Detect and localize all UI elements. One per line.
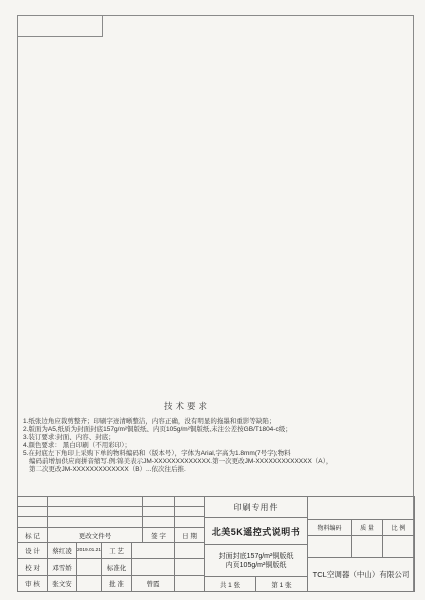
tech-requirements-heading: 技术要求 [164,400,210,412]
audit-name: 张文安 [47,575,77,592]
standardize-label: 标准化 [101,558,132,576]
mass-label: 质 量 [351,519,383,536]
change-doc-label: 更改文件号 [47,527,143,543]
proofread-label: 校 对 [17,558,48,576]
process-sign-cell [131,542,175,559]
tech-req-line: 2.版面为A5,纸质为封面封底157g/m²铜版纸、内页105g/m²铜版纸,未… [23,426,413,434]
date-label: 日 期 [174,527,205,543]
scale-label: 比 例 [382,519,415,536]
standardize-date-cell [174,558,205,576]
tech-requirements-list: 1.纸张边角应裁剪整齐；印刷字迹清晰整洁，内容正确，没有明显的拖墨和重影等缺陷；… [23,418,413,474]
tech-req-line: 第二次更改JM-XXXXXXXXXXXXX（B）...依次往后推. [23,466,413,474]
right-top-empty-cell [307,496,415,520]
standardize-sign-cell [131,558,175,576]
mark-label: 标 记 [17,527,48,543]
company-name: TCL空调器（中山）有限公司 [307,557,415,592]
approve-name: 曾霞 [131,575,175,592]
sheet-number: 第 1 张 [255,576,308,592]
approve-label: 批 准 [101,575,132,592]
sheets-total: 共 1 张 [204,576,256,592]
audit-date [76,575,102,592]
document-title: 北美5K遥控式说明书 [204,517,308,545]
design-date: 2019.01.21 [76,542,102,559]
drawing-sheet-frame: 技术要求 1.纸张边角应裁剪整齐；印刷字迹清晰整洁，内容正确，没有明显的拖墨和重… [17,15,414,592]
tech-req-line: 5.在封底左下角印上采购下单的物料编码和（版本号），字体为Arial,字高为1.… [23,450,413,458]
paper-spec: 封面封底157g/m²铜版纸 内页105g/m²铜版纸 [204,544,308,577]
tech-req-line: 1.纸张边角应裁剪整齐；印刷字迹清晰整洁，内容正确，没有明显的拖墨和重影等缺陷； [23,418,413,426]
process-date-cell [174,542,205,559]
tech-req-line: 4.颜色要求： 黑白印刷（不用彩印）； [23,442,413,450]
sign-label: 签 字 [142,527,175,543]
design-label: 设 计 [17,542,48,559]
material-code-label: 物料编码 [307,519,352,536]
audit-label: 审 核 [17,575,48,592]
scale-value-cell [382,535,415,558]
process-label: 工 艺 [101,542,132,559]
design-name: 蔡红凌 [47,542,77,559]
doc-type: 印刷专用件 [204,496,308,518]
paper-spec-line1: 封面封底157g/m²铜版纸 [219,552,294,561]
tech-req-line: 编码前增加供应商拼音缩写.例:锦美表示JM-XXXXXXXXXXXXX.第一次更… [23,458,413,466]
tech-req-line: 3.装订要求:封面、内容、封底； [23,434,413,442]
material-code-value-cell [307,535,352,558]
title-block: 标 记 更改文件号 签 字 日 期 设 计 蔡红凌 2019.01.21 工 艺… [17,496,415,592]
corner-stamp-box [17,15,103,37]
approve-date-cell [174,575,205,592]
mass-value-cell [351,535,383,558]
scanned-drawing-page: { "tech": { "heading": "技术要求", "lines": … [0,0,425,600]
proofread-date [76,558,102,576]
proofread-name: 邓雪娇 [47,558,77,576]
paper-spec-line2: 内页105g/m²铜版纸 [226,561,287,570]
